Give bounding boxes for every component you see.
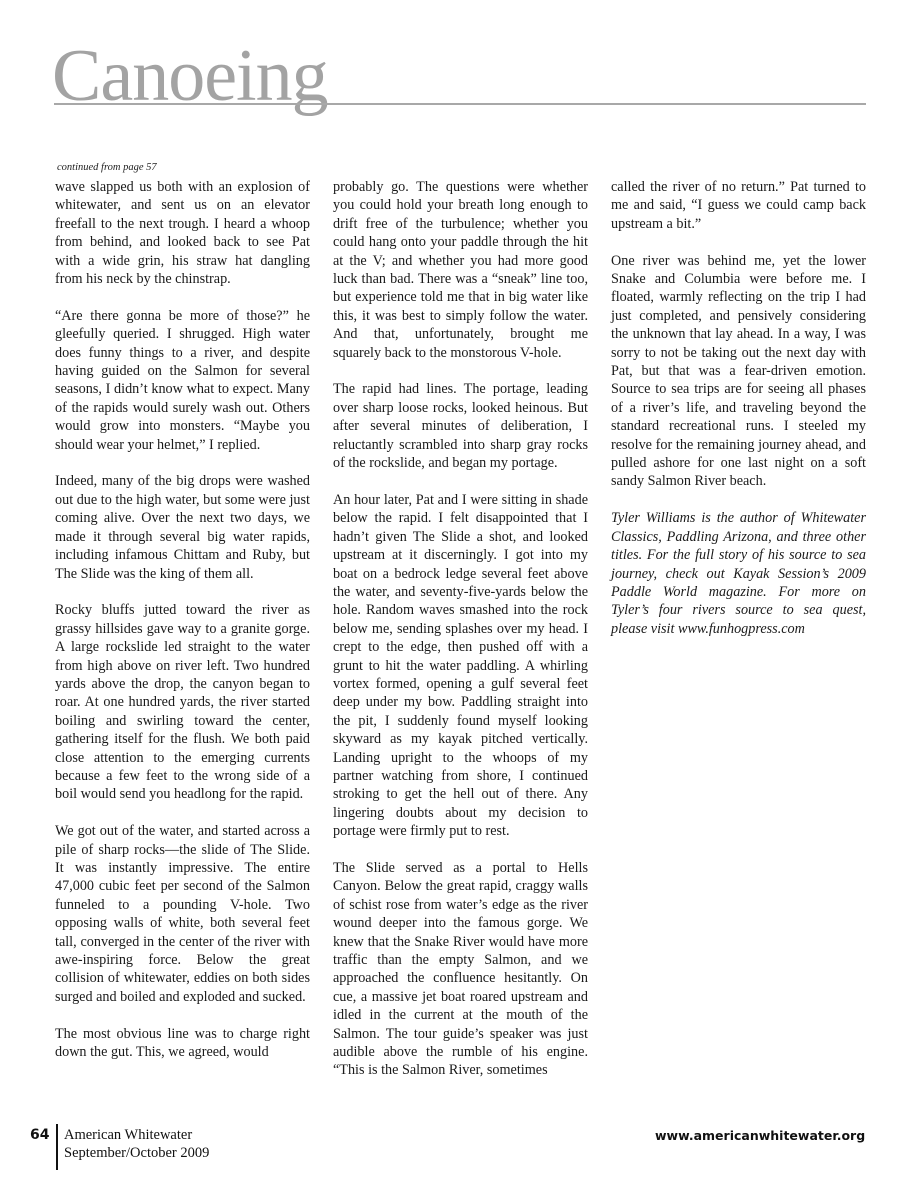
paragraph: The Slide served as a portal to Hells Ca… [333,859,588,1080]
continued-note: continued from page 57 [57,162,157,173]
issue-date: September/October 2009 [64,1144,209,1162]
paragraph: One river was behind me, yet the lower S… [611,252,866,491]
title-rule-divider [54,103,866,105]
paragraph: wave slapped us both with an explosion o… [55,178,310,288]
paragraph: The most obvious line was to charge righ… [55,1025,310,1062]
paragraph: Rocky bluffs jutted toward the river as … [55,601,310,803]
article-column-1: wave slapped us both with an explosion o… [55,178,310,1080]
paragraph: “Are there gonna be more of those?” he g… [55,307,310,454]
paragraph: An hour later, Pat and I were sitting in… [333,491,588,841]
page-number: 64 [30,1127,49,1143]
footer-publication: American Whitewater September/October 20… [64,1126,209,1162]
paragraph: Indeed, many of the big drops were washe… [55,472,310,582]
paragraph: called the river of no return.” Pat turn… [611,178,866,233]
article-column-2: probably go. The questions were whether … [333,178,588,1098]
author-bio: Tyler Williams is the author of Whitewat… [611,509,866,638]
website-link[interactable]: www.americanwhitewater.org [655,1128,865,1143]
publication-name: American Whitewater [64,1126,209,1144]
paragraph: probably go. The questions were whether … [333,178,588,362]
footer-divider [56,1124,58,1170]
paragraph: The rapid had lines. The portage, leadin… [333,380,588,472]
paragraph: We got out of the water, and started acr… [55,822,310,1006]
article-column-3: called the river of no return.” Pat turn… [611,178,866,657]
